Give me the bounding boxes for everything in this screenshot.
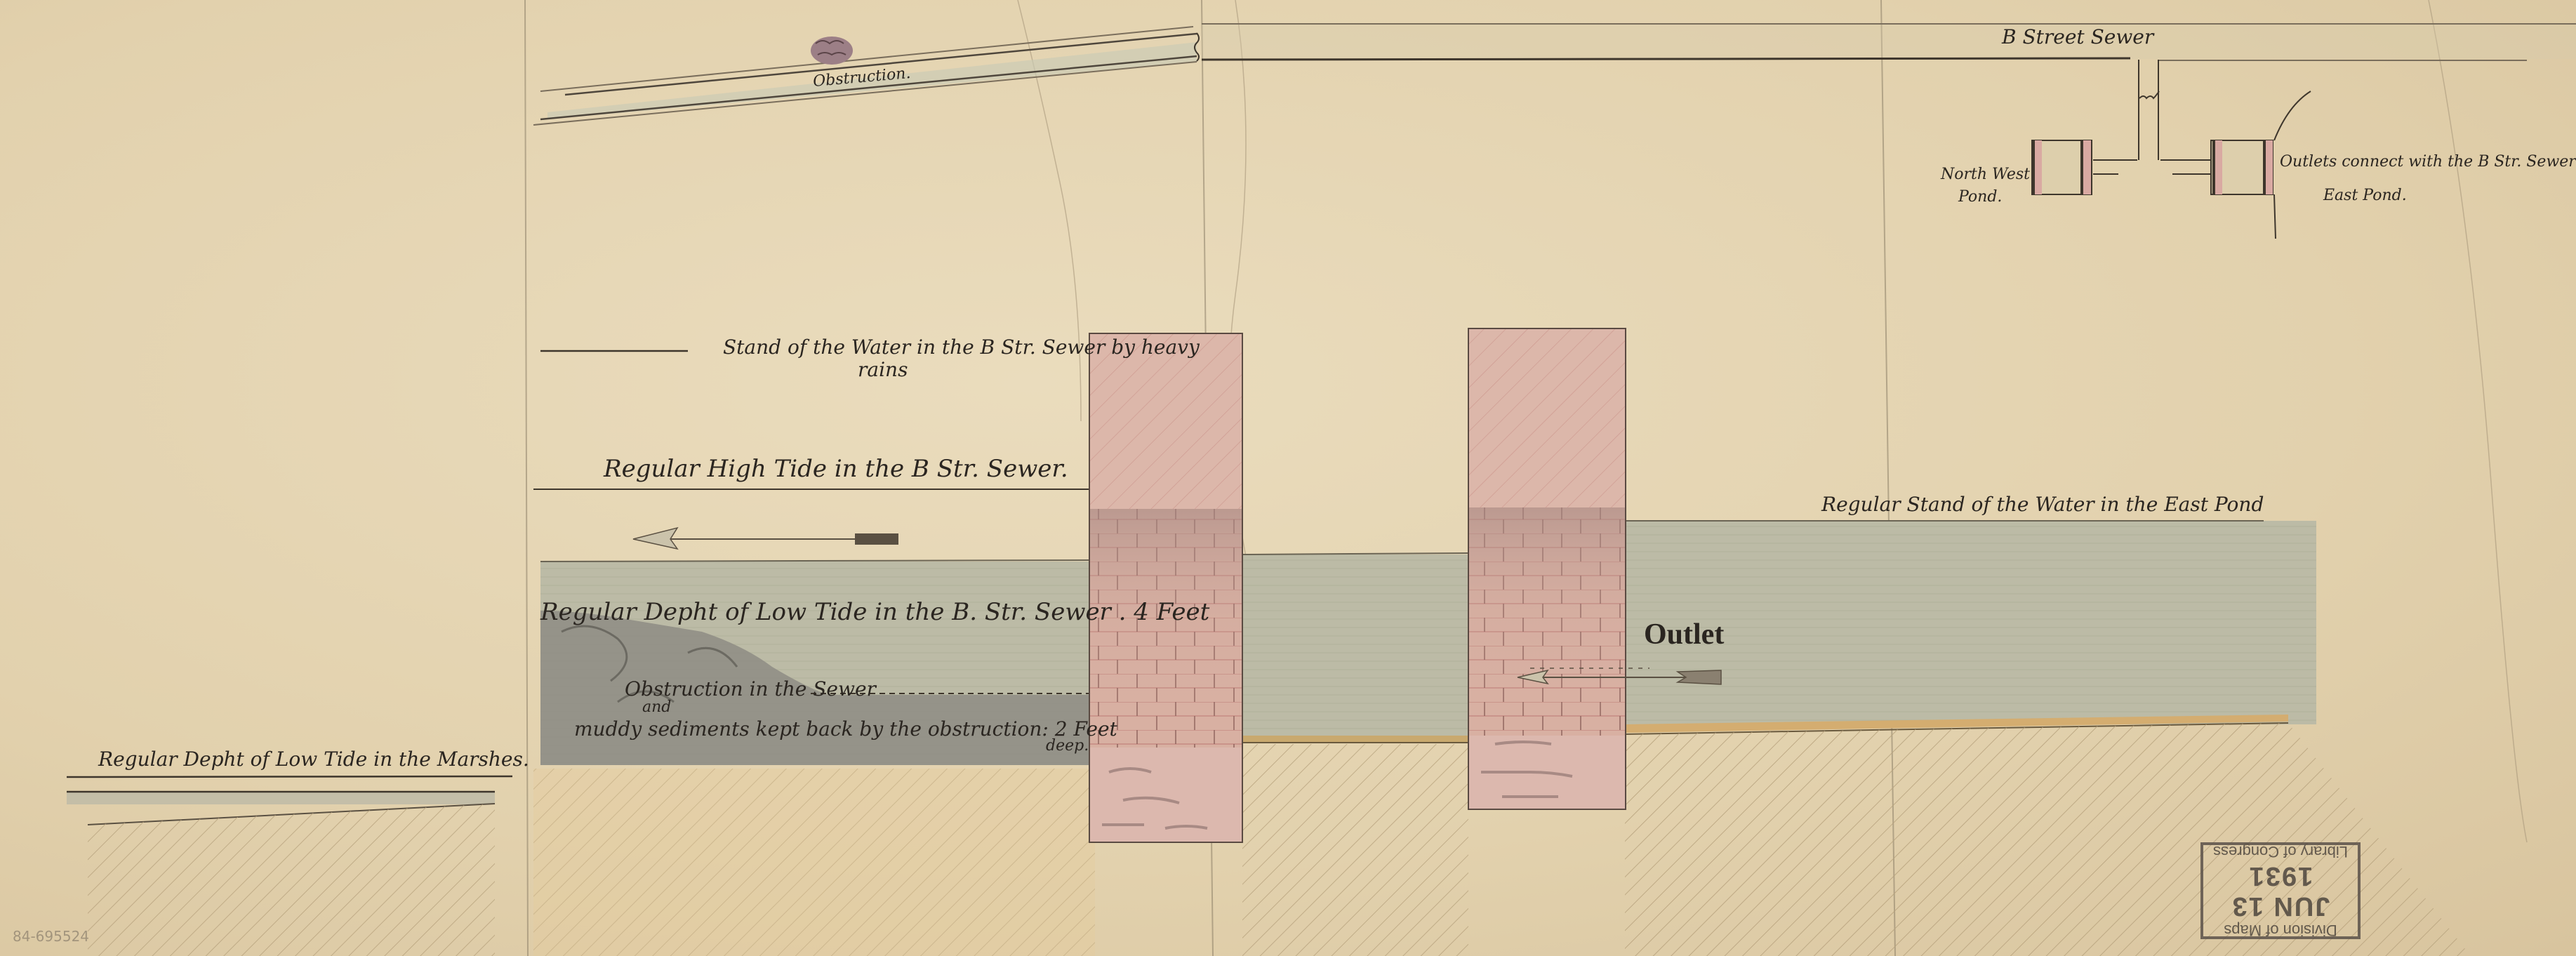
stamp-line-3: Library of Congress (2203, 842, 2358, 861)
low-tide-sewer-label: Regular Depht of Low Tide in the B. Str.… (540, 598, 1209, 626)
low-tide-marshes-label: Regular Depht of Low Tide in the Marshes… (98, 748, 529, 771)
marsh-low-tide (67, 776, 512, 956)
plan-view-ponds (2032, 60, 2311, 239)
obstruction-sewer-label: Obstruction in the Sewer (625, 677, 876, 701)
outlets-connect-label: Outlets connect with the B Str. Sewer (2280, 153, 2576, 171)
b-street-sewer-band (1202, 24, 2576, 60)
east-pond-label: East Pond. (2323, 187, 2407, 204)
heavy-rains-label: Stand of the Water in the B Str. Sewer b… (723, 336, 1200, 359)
brick-column-right (1468, 328, 1626, 809)
heavy-rains-label-2: rains (858, 358, 908, 381)
obstruction-mass-icon (811, 36, 853, 65)
stamp-line-1: Division of Maps (2203, 921, 2358, 939)
stamp-line-2: JUN 13 1931 (2203, 861, 2358, 921)
flow-arrow-left-icon (633, 528, 898, 549)
deep-label: deep. (1046, 737, 1089, 755)
library-stamp: Division of Maps JUN 13 1931 Library of … (2200, 842, 2361, 939)
north-west-pond-label: North West (1941, 166, 2030, 183)
cross-section-drawing (0, 0, 2576, 956)
outlet-label: Outlet (1644, 618, 1724, 651)
north-west-pond-label-2: Pond. (1958, 188, 2002, 206)
diagram-canvas: Obstruction. B Street Sewer North West P… (0, 0, 2576, 956)
catalog-number: 84-695524 (13, 928, 89, 945)
and-label: and (642, 698, 671, 716)
brick-column-left (1089, 333, 1242, 842)
east-pond-stand-label: Regular Stand of the Water in the East P… (1821, 493, 2264, 516)
water-between-columns (1242, 553, 1468, 956)
regular-high-tide-label: Regular High Tide in the B Str. Sewer. (604, 455, 1068, 483)
b-street-sewer-label: B Street Sewer (2002, 25, 2153, 48)
muddy-sediments-label: muddy sediments kept back by the obstruc… (574, 717, 1117, 741)
